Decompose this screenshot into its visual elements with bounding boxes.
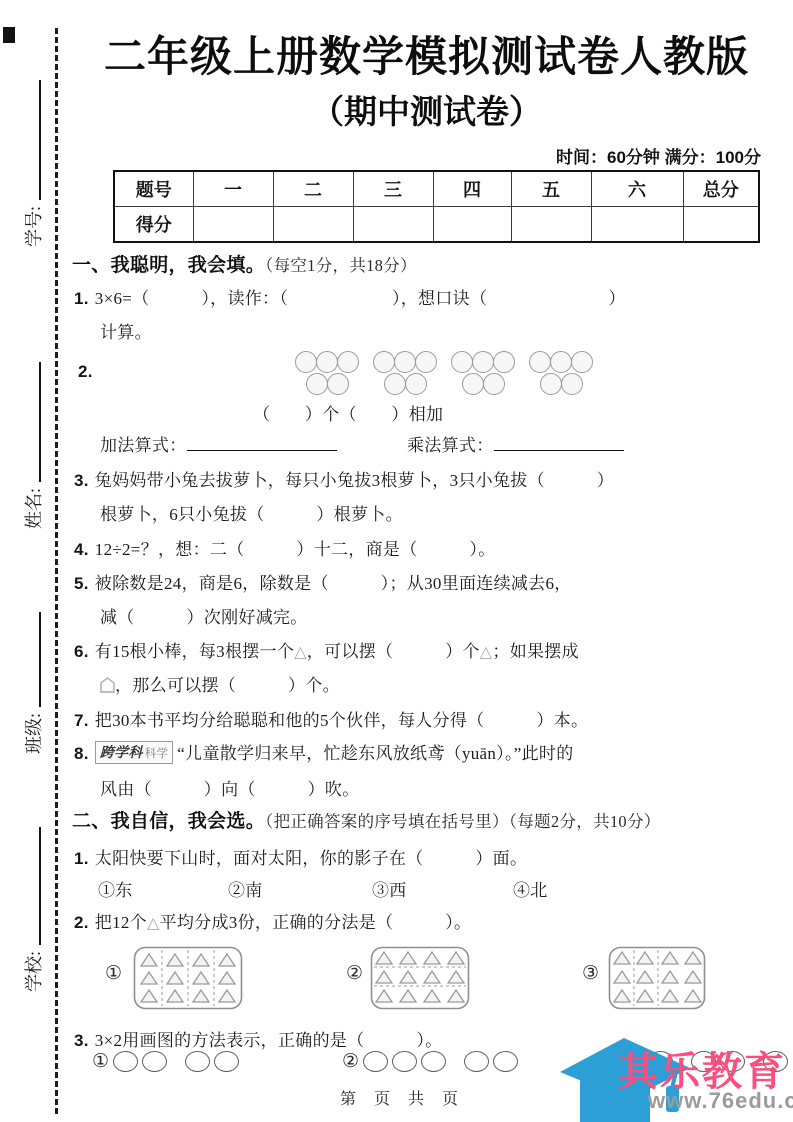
triangle-icon: △ <box>294 644 307 661</box>
s2q1-option-south: ②南 <box>228 876 263 901</box>
score-empty-cell <box>353 207 433 243</box>
question-4: 4.12÷2=？，想：二（ ）十二，商是（ ）。 <box>74 535 496 560</box>
score-table-header-row: 题号 一 二 三 四 五 六 总分 <box>114 171 759 207</box>
cross-discipline-badge: 跨学科科学 <box>95 741 174 764</box>
question-2-multiplication-blank: 乘法算式： <box>407 431 624 456</box>
circle-group <box>529 350 593 396</box>
score-table-cell: 四 <box>433 171 511 207</box>
brand-url: www.76edu.com <box>648 1088 793 1114</box>
name-label: 姓名: <box>20 488 46 529</box>
question-8: 8.跨学科科学“儿童散学归来早，忙趁东风放纸鸢（yuān）。”此时的 <box>74 739 574 764</box>
question-2-circle-diagram <box>295 350 593 396</box>
triangle-box-option1 <box>133 946 243 1010</box>
score-empty-cell <box>273 207 353 243</box>
score-empty-cell <box>591 207 683 243</box>
school-label: 学校: <box>20 951 46 992</box>
question-5: 5.被除数是24，商是6，除数是（ ）；从30里面连续减去6， <box>74 569 572 594</box>
score-table-score-row: 得分 <box>114 207 759 243</box>
question-8-continued: 风由（ ）向（ ）吹。 <box>100 775 360 800</box>
score-table: 题号 一 二 三 四 五 六 总分 得分 <box>113 170 760 243</box>
class-blank-line <box>25 612 41 707</box>
question-2-number: 2. <box>78 362 99 382</box>
blank-line <box>187 433 337 451</box>
question-3-continued: 根萝卜，6只小兔拔（ ）根萝卜。 <box>100 500 403 525</box>
name-field: 姓名: <box>20 353 46 529</box>
student-id-field: 学号: <box>20 71 46 247</box>
circle-group <box>451 350 515 396</box>
option-1-marker: ① <box>105 962 122 985</box>
s2q1-option-west: ③西 <box>372 876 407 901</box>
section1-heading: 一、我聪明，我会填。（每空1分，共18分） <box>72 250 417 277</box>
section2-question-2: 2.把12个△平均分成3份，正确的分法是（ ）。 <box>74 908 471 933</box>
page-subtitle: （期中测试卷） <box>70 86 783 133</box>
school-field: 学校: <box>20 816 46 992</box>
score-table-cell: 总分 <box>683 171 759 207</box>
test-paper-page: 学号: 姓名: 班级: 学校: 二年级上册数学模拟测试卷人教版 （期中测试卷） … <box>0 0 793 1122</box>
question-6-continued: ，那么可以摆（ ）个。 <box>100 671 340 696</box>
pentagon-icon <box>100 677 115 693</box>
section2-question-3: 3.3×2用画图的方法表示，正确的是（ ）。 <box>74 1026 442 1051</box>
question-7: 7.把30本书平均分给聪聪和他的5个伙伴，每人分得（ ）本。 <box>74 706 588 731</box>
triangle-box-option3 <box>608 946 706 1010</box>
score-table-cell: 题号 <box>114 171 193 207</box>
registration-mark <box>3 27 15 43</box>
student-id-label: 学号: <box>20 206 46 247</box>
cut-dashed-line <box>55 28 58 1114</box>
score-empty-cell <box>683 207 759 243</box>
student-id-blank-line <box>25 80 41 200</box>
class-label: 班级: <box>20 713 46 754</box>
score-table-cell: 三 <box>353 171 433 207</box>
name-blank-line <box>25 362 41 482</box>
score-empty-cell <box>511 207 591 243</box>
question-2-addition-blank: 加法算式： <box>100 431 337 456</box>
triangle-icon: △ <box>147 915 160 932</box>
circle-group <box>295 350 359 396</box>
triangle-icon: △ <box>480 644 493 661</box>
score-table-cell: 五 <box>511 171 591 207</box>
question-2-caption: （ ）个（ ）相加 <box>253 400 443 425</box>
question-1-continued: 计算。 <box>100 318 152 343</box>
question-6: 6.有15根小棒，每3根摆一个△，可以摆（ ）个△；如果摆成 <box>74 637 579 662</box>
score-table-cell: 一 <box>193 171 273 207</box>
question-5-continued: 减（ ）次刚好减完。 <box>100 603 308 628</box>
blank-line <box>494 433 624 451</box>
circle-group <box>373 350 437 396</box>
time-score-info: 时间：60分钟 满分：100分 <box>556 143 761 168</box>
question-1: 1.3×6=（ ），读作：（ ），想口诀（ ） <box>74 284 626 309</box>
class-field: 班级: <box>20 604 46 754</box>
question-3: 3.兔妈妈带小兔去拔萝卜，每只小兔拔3根萝卜，3只小兔拔（ ） <box>74 466 614 491</box>
score-empty-cell <box>433 207 511 243</box>
s2q3-option-1: ① <box>92 1050 243 1073</box>
section2-question-1: 1.太阳快要下山时，面对太阳，你的影子在（ ）面。 <box>74 844 527 869</box>
s2q3-option-2: ② <box>342 1050 522 1073</box>
brand-logo: 其乐教育 www.76edu.com <box>548 1030 793 1122</box>
section2-heading: 二、我自信，我会选。（把正确答案的序号填在括号里）（每题2分，共10分） <box>72 806 661 833</box>
option-3-marker: ③ <box>582 962 599 985</box>
score-table-cell: 六 <box>591 171 683 207</box>
school-blank-line <box>25 827 41 945</box>
triangle-box-option2 <box>370 946 470 1010</box>
page-footer: 第 页 共 页 <box>340 1086 465 1109</box>
s2q1-option-north: ④北 <box>513 876 548 901</box>
score-empty-cell <box>193 207 273 243</box>
s2q1-option-east: ①东 <box>98 876 133 901</box>
score-label-cell: 得分 <box>114 207 193 243</box>
page-title: 二年级上册数学模拟测试卷人教版 <box>70 24 783 84</box>
option-2-marker: ② <box>346 962 363 985</box>
score-table-cell: 二 <box>273 171 353 207</box>
